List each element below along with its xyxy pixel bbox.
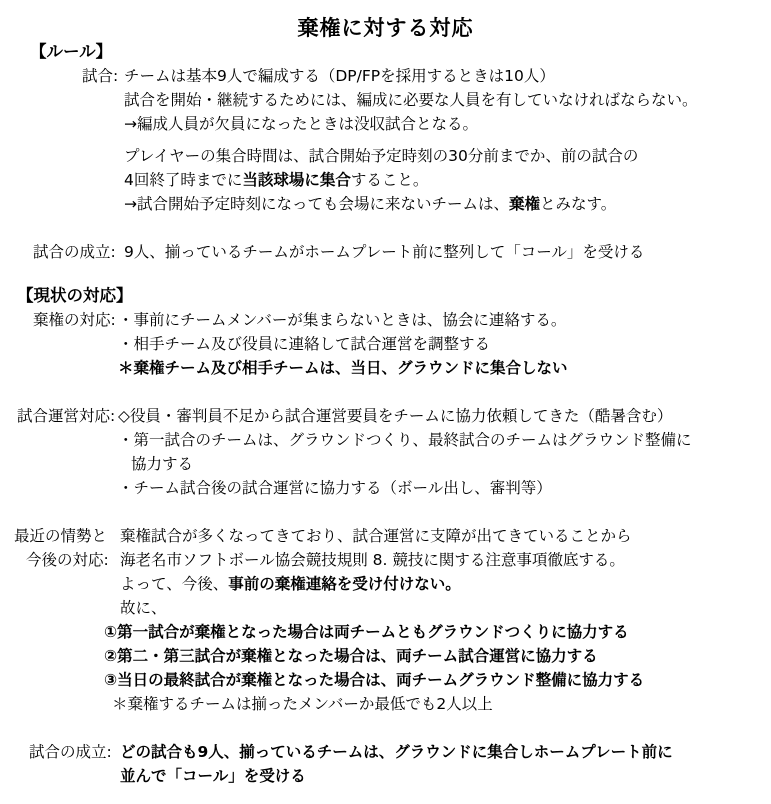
- current-response-section-header-text: 【現状の対応】: [17, 284, 133, 308]
- operation-response-line-4-text: ・チーム試合後の試合運営に協力する（ボール出し、審判等）: [118, 476, 552, 500]
- recent-trend-line-1-text: 棄権試合が多くなってきており、試合運営に支障が出てきていることから: [120, 524, 632, 548]
- measure-1: ①第一試合が棄権となった場合は両チームともグラウンドつくりに協力する: [0, 620, 771, 644]
- assembly-rule-line-2-text: 4回終了時までに当該球場に集合すること。: [124, 168, 428, 192]
- game-rule-line-3: →編成人員が欠員になったときは没収試合となる。: [0, 112, 771, 136]
- recent-trend-line-3-text: よって、今後、事前の棄権連絡を受け付けない。: [120, 572, 461, 596]
- rules-section-header: 【ルール】: [0, 40, 771, 64]
- assembly-rule-line-2: 4回終了時までに当該球場に集合すること。: [0, 168, 771, 192]
- operation-response-line-2: ・第一試合のチームは、グラウンドつくり、最終試合のチームはグラウンド整備に: [0, 428, 771, 452]
- measure-2: ②第二・第三試合が棄権となった場合は、両チーム試合運営に協力する: [0, 644, 771, 668]
- measure-2-text: ②第二・第三試合が棄権となった場合は、両チーム試合運営に協力する: [104, 644, 598, 668]
- assembly-rule-line-1: プレイヤーの集合時間は、試合開始予定時刻の30分前までか、前の試合の: [0, 144, 771, 168]
- operation-response-line-1-text: ◇役員・審判員不足から試合運営要員をチームに協力依頼してきた（酷暑含む）: [118, 404, 672, 428]
- measure-note: ＊棄権するチームは揃ったメンバーか最低でも2人以上: [0, 692, 771, 716]
- rules-section-header-text: 【ルール】: [30, 40, 112, 64]
- measure-1-text: ①第一試合が棄権となった場合は両チームともグラウンドつくりに協力する: [104, 620, 629, 644]
- game-rule-line-3-text: →編成人員が欠員になったときは没収試合となる。: [124, 112, 478, 136]
- game-validity-rule-text: 試合の成立:: [33, 240, 116, 264]
- forfeit-response-line-2-text: ・相手チーム及び役員に連絡して試合運営を調整する: [118, 332, 490, 356]
- current-response-section-header: 【現状の対応】: [0, 284, 771, 308]
- forfeit-response-line-2: ・相手チーム及び役員に連絡して試合運営を調整する: [0, 332, 771, 356]
- measure-3-text: ③当日の最終試合が棄権となった場合は、両チームグラウンド整備に協力する: [104, 668, 644, 692]
- final-game-validity-line-2-text: 並んで「コール」を受ける: [120, 764, 306, 788]
- recent-trend-line-3: よって、今後、事前の棄権連絡を受け付けない。: [0, 572, 771, 596]
- measure-note-text: ＊棄権するチームは揃ったメンバーか最低でも2人以上: [112, 692, 493, 716]
- assembly-rule-line-1-text: プレイヤーの集合時間は、試合開始予定時刻の30分前までか、前の試合の: [124, 144, 638, 168]
- final-game-validity-line-1: 試合の成立:どの試合も9人、揃っているチームは、グラウンドに集合しホームプレート…: [0, 740, 771, 764]
- operation-response-line-1-text: 試合運営対応:: [17, 404, 115, 428]
- forfeit-response-line-1: 棄権の対応:・事前にチームメンバーが集まらないときは、協会に連絡する。: [0, 308, 771, 332]
- recent-trend-line-2-text: 海老名市ソフトボール協会競技規則 8. 競技に関する注意事項徹底する。: [120, 548, 625, 572]
- game-rule-line-2: 試合を開始・継続するためには、編成に必要な人員を有していなければならない。: [0, 88, 771, 112]
- recent-trend-line-2: 今後の対応:海老名市ソフトボール協会競技規則 8. 競技に関する注意事項徹底する…: [0, 548, 771, 572]
- assembly-rule-line-3: →試合開始予定時刻になっても会場に来ないチームは、棄権とみなす。: [0, 192, 771, 216]
- game-validity-rule-text: 9人、揃っているチームがホームプレート前に整列して「コール」を受ける: [124, 240, 644, 264]
- forfeit-response-note: ＊棄権チーム及び相手チームは、当日、グラウンドに集合しない: [0, 356, 771, 380]
- forfeit-response-note-text: ＊棄権チーム及び相手チームは、当日、グラウンドに集合しない: [118, 356, 568, 380]
- operation-response-line-2-text: ・第一試合のチームは、グラウンドつくり、最終試合のチームはグラウンド整備に: [118, 428, 692, 452]
- recent-trend-line-4-text: 故に、: [120, 596, 167, 620]
- final-game-validity-line-2: 並んで「コール」を受ける: [0, 764, 771, 788]
- recent-trend-line-4: 故に、: [0, 596, 771, 620]
- measure-3: ③当日の最終試合が棄権となった場合は、両チームグラウンド整備に協力する: [0, 668, 771, 692]
- recent-trend-line-2-text: 今後の対応:: [26, 548, 109, 572]
- game-rule-line-1-text: チームは基本9人で編成する（DP/FPを採用するときは10人）: [124, 64, 555, 88]
- operation-response-line-3: 協力する: [0, 452, 771, 476]
- operation-response-line-3-text: 協力する: [131, 452, 193, 476]
- operation-response-line-1: 試合運営対応:◇役員・審判員不足から試合運営要員をチームに協力依頼してきた（酷暑…: [0, 404, 771, 428]
- document-title: 棄権に対する対応: [0, 12, 771, 42]
- game-rule-line-2-text: 試合を開始・継続するためには、編成に必要な人員を有していなければならない。: [124, 88, 698, 112]
- operation-response-line-4: ・チーム試合後の試合運営に協力する（ボール出し、審判等）: [0, 476, 771, 500]
- game-rule-line-1-text: 試合:: [82, 64, 118, 88]
- game-rule-line-1: 試合:チームは基本9人で編成する（DP/FPを採用するときは10人）: [0, 64, 771, 88]
- assembly-rule-line-3-text: →試合開始予定時刻になっても会場に来ないチームは、棄権とみなす。: [124, 192, 616, 216]
- recent-trend-line-1: 最近の情勢と棄権試合が多くなってきており、試合運営に支障が出てきていることから: [0, 524, 771, 548]
- forfeit-response-line-1-text: 棄権の対応:: [33, 308, 116, 332]
- final-game-validity-line-1-text: どの試合も9人、揃っているチームは、グラウンドに集合しホームプレート前に: [120, 740, 673, 764]
- final-game-validity-line-1-text: 試合の成立:: [29, 740, 112, 764]
- document-page: 棄権に対する対応 【ルール】試合:チームは基本9人で編成する（DP/FPを採用す…: [0, 0, 771, 804]
- recent-trend-line-1-text: 最近の情勢と: [14, 524, 107, 548]
- forfeit-response-line-1-text: ・事前にチームメンバーが集まらないときは、協会に連絡する。: [118, 308, 566, 332]
- game-validity-rule: 試合の成立:9人、揃っているチームがホームプレート前に整列して「コール」を受ける: [0, 240, 771, 264]
